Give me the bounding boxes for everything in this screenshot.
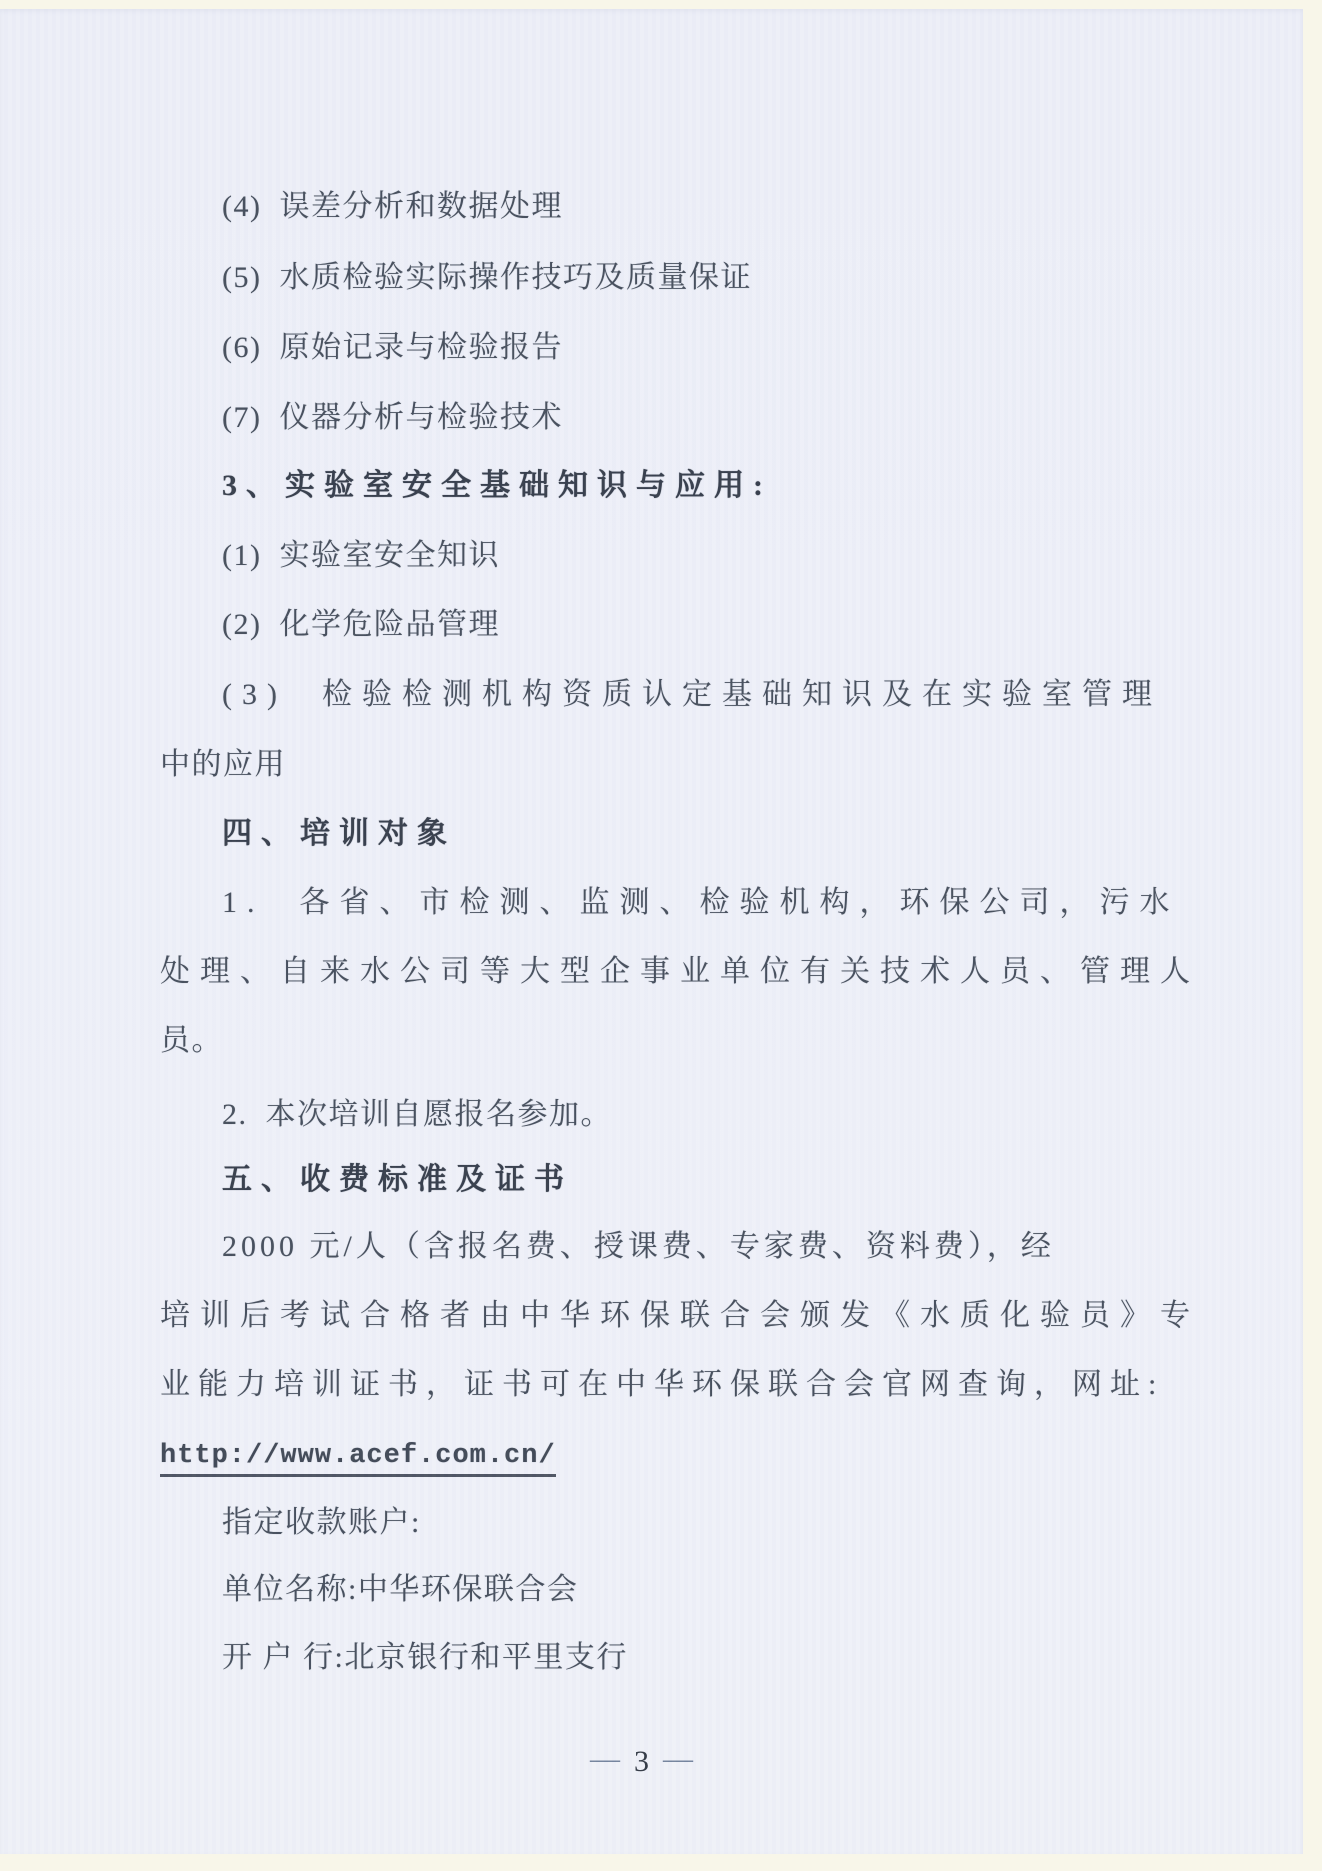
doc-line: (2) 化学危险品管理 (222, 605, 500, 645)
section-heading-lab-safety: 3、实验室安全基础知识与应用: (222, 466, 772, 506)
doc-line: (6) 原始记录与检验报告 (222, 328, 563, 368)
doc-line: 指定收款账户: (222, 1503, 421, 1543)
doc-line: http://www.acef.com.cn/ (160, 1433, 556, 1476)
doc-line: (3) 检验检测机构资质认定基础知识及在实验室管理 (222, 675, 1162, 715)
doc-line: 2. 本次培训自愿报名参加。 (222, 1095, 612, 1135)
page-footer: —3— (0, 1745, 1283, 1779)
doc-line: 业能力培训证书，证书可在中华环保联合会官网查询，网址: (160, 1365, 1164, 1405)
section-heading-fees: 五、收费标准及证书 (222, 1160, 573, 1200)
footer-left-dash: — (590, 1742, 620, 1775)
doc-line: 开 户 行:北京银行和平里支行 (222, 1638, 628, 1678)
doc-line: 单位名称:中华环保联合会 (222, 1570, 578, 1610)
doc-line: (5) 水质检验实际操作技巧及质量保证 (222, 258, 752, 298)
doc-line: (4) 误差分析和数据处理 (222, 187, 563, 227)
footer-right-dash: — (663, 1742, 693, 1775)
website-url: http://www.acef.com.cn/ (160, 1441, 556, 1477)
doc-line: 2000 元/人（含报名费、授课费、专家费、资料费），经 (222, 1227, 1055, 1267)
doc-line: 1. 各省、市检测、监测、检验机构，环保公司，污水 (222, 883, 1180, 923)
doc-line: 培训后考试合格者由中华环保联合会颁发《水质化验员》专 (160, 1296, 1200, 1336)
doc-line: (7) 仪器分析与检验技术 (222, 398, 563, 438)
scanned-page: (4) 误差分析和数据处理 (5) 水质检验实际操作技巧及质量保证 (6) 原始… (0, 9, 1303, 1854)
page-number: 3 (634, 1745, 649, 1778)
doc-line: (1) 实验室安全知识 (222, 536, 500, 576)
section-heading-trainees: 四、培训对象 (222, 814, 456, 854)
doc-line: 中的应用 (160, 745, 286, 785)
doc-line: 员。 (160, 1021, 223, 1061)
doc-line: 处理、自来水公司等大型企事业单位有关技术人员、管理人 (160, 952, 1200, 992)
